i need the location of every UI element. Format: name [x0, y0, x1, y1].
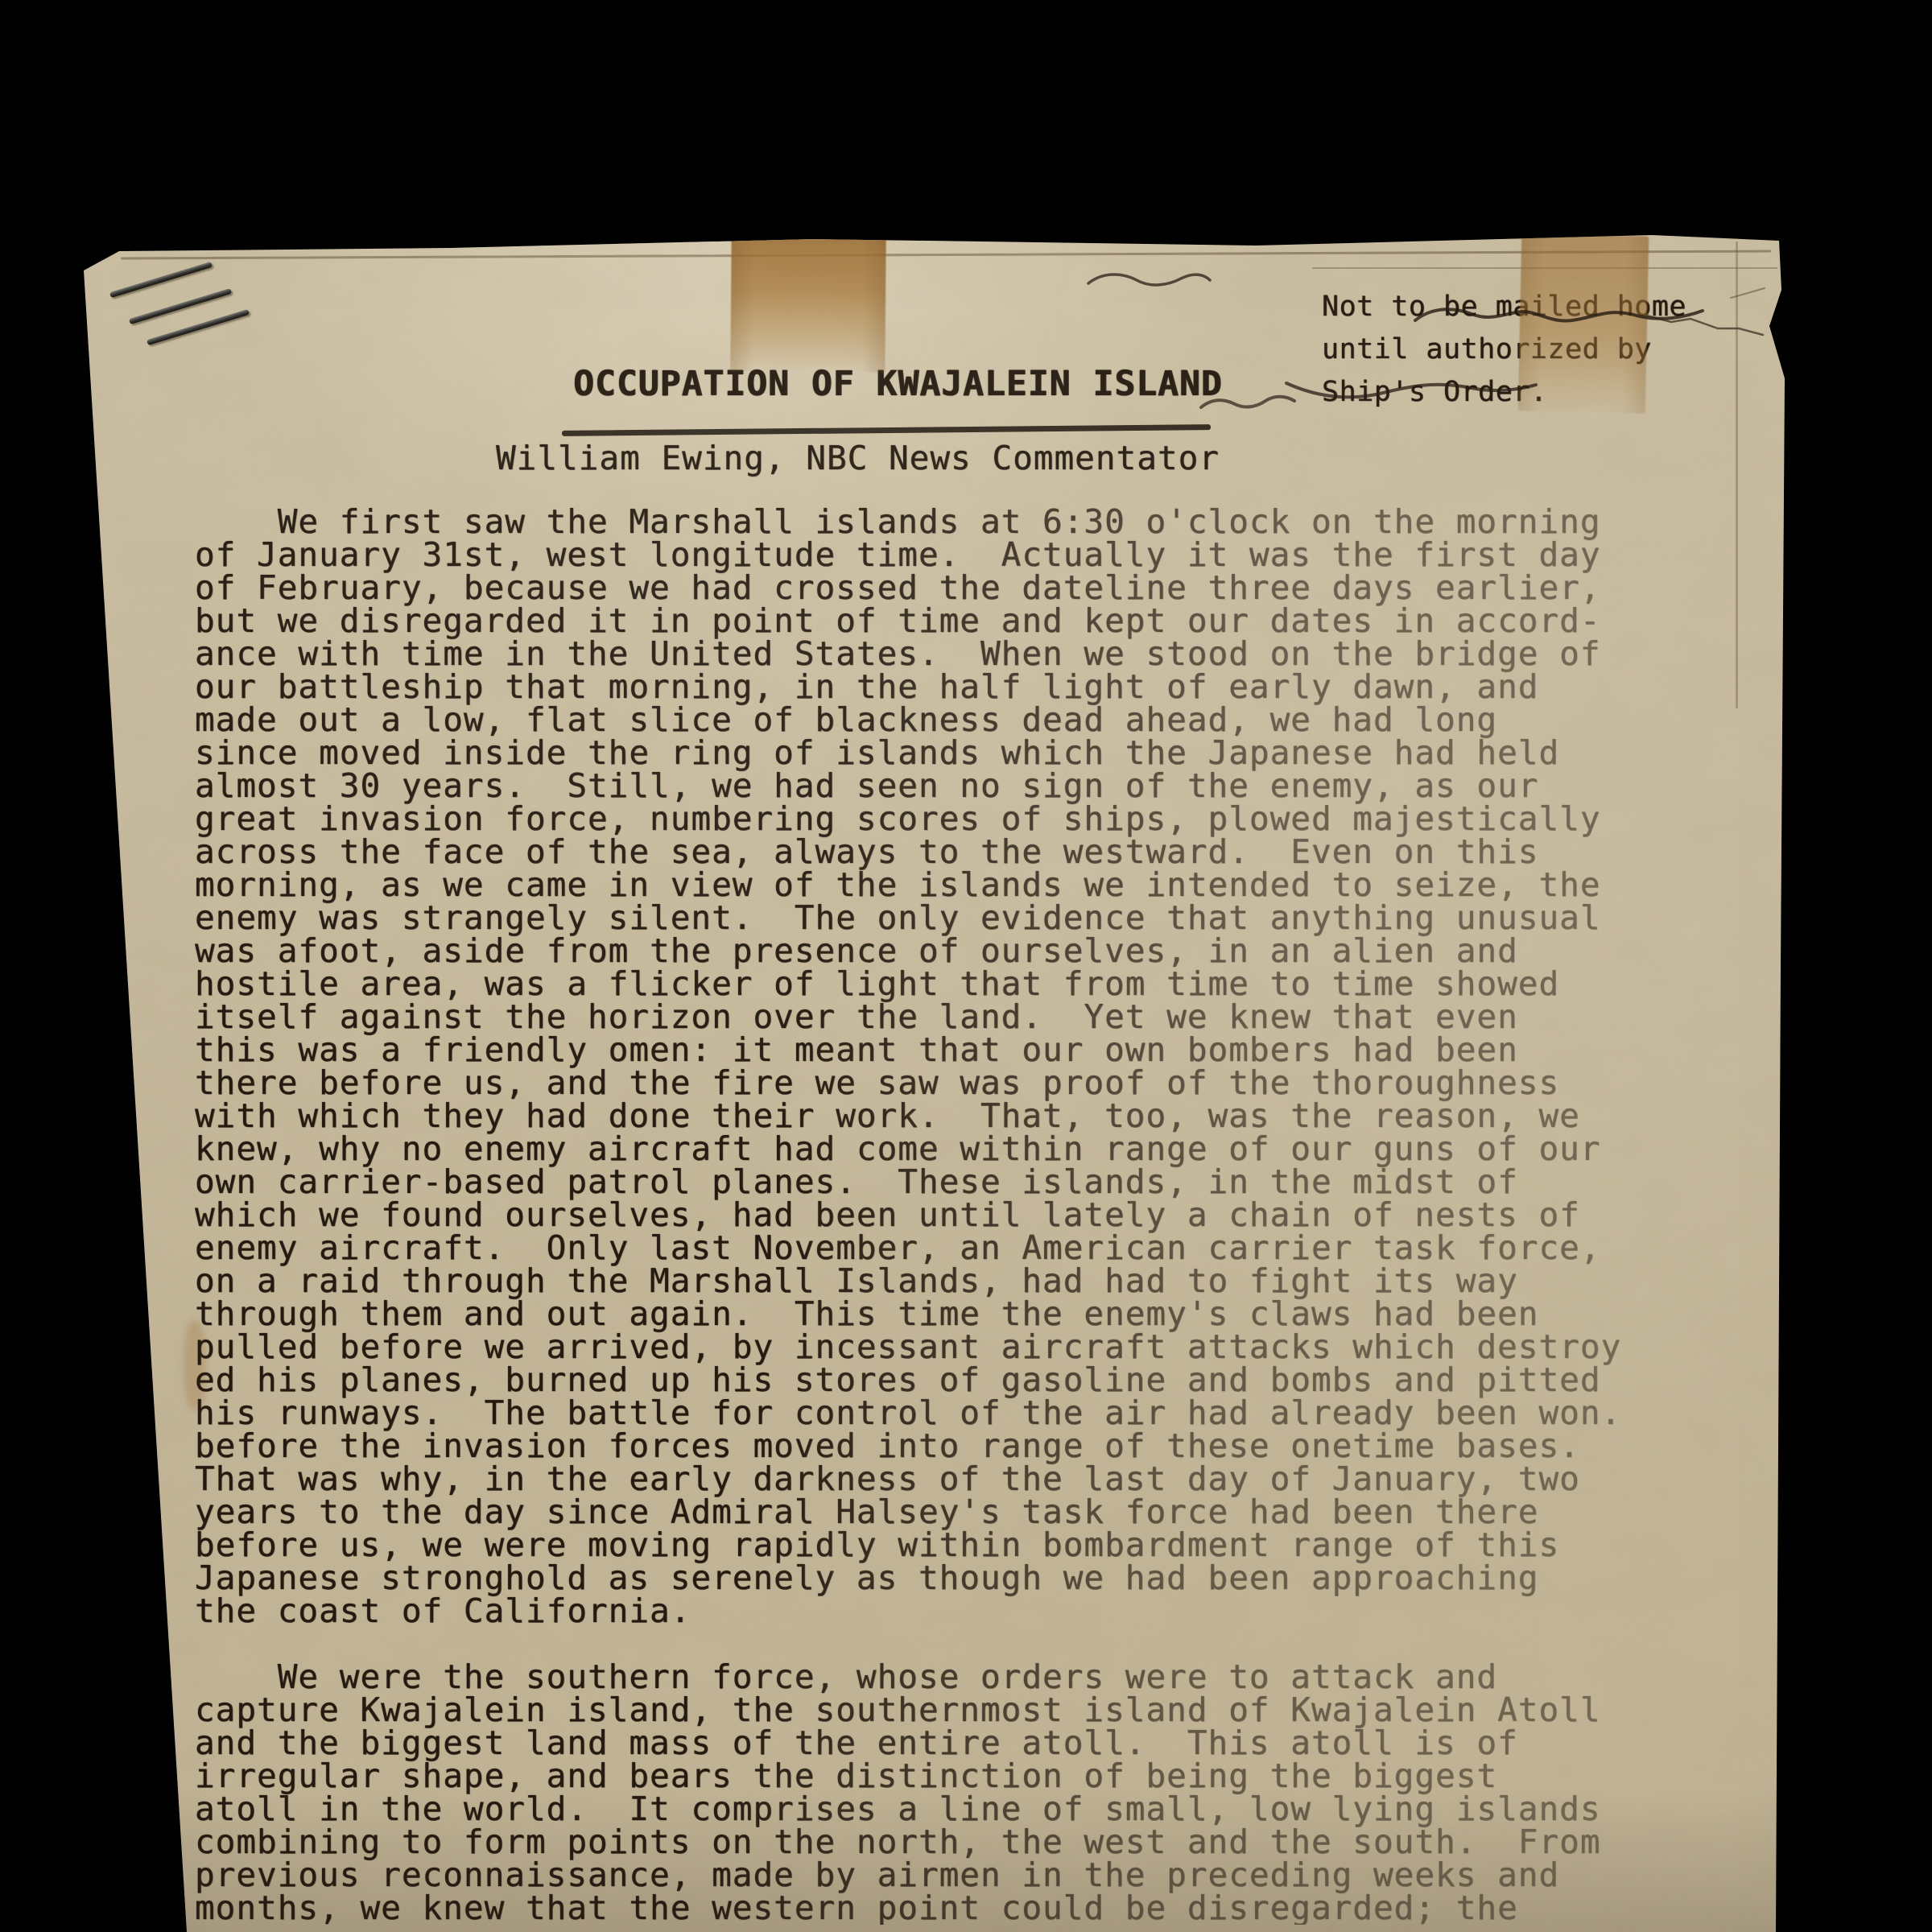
body-line: That was why, in the early darkness of t… [195, 1463, 1621, 1496]
body-line: own carrier-based patrol planes. These i… [195, 1166, 1621, 1199]
body-line: morning, as we came in view of the islan… [195, 869, 1621, 902]
body-line: months, we knew that the western point c… [195, 1892, 1621, 1925]
body-text: We first saw the Marshall islands at 6:3… [195, 506, 1621, 1925]
body-line: knew, why no enemy aircraft had come wit… [195, 1133, 1621, 1166]
body-line: with which they had done their work. Tha… [195, 1100, 1621, 1133]
tape-stain-right [1518, 233, 1649, 413]
body-line: on a raid through the Marshall Islands, … [195, 1265, 1621, 1298]
staple-icon [109, 262, 213, 298]
body-line: ance with time in the United States. Whe… [195, 638, 1621, 671]
body-line: itself against the horizon over the land… [195, 1001, 1621, 1034]
page-title: OCCUPATION OF KWAJALEIN ISLAND [573, 364, 1223, 404]
body-line: this was a friendly omen: it meant that … [195, 1034, 1621, 1067]
body-line: We first saw the Marshall islands at 6:3… [195, 506, 1621, 539]
body-line: was afoot, aside from the presence of ou… [195, 935, 1621, 968]
body-line: of January 31st, west longitude time. Ac… [195, 539, 1621, 572]
body-line: there before us, and the fire we saw was… [195, 1067, 1621, 1100]
page-stack-edge-right [1736, 242, 1738, 708]
body-line: our battleship that morning, in the half… [195, 671, 1621, 704]
byline: William Ewing, NBC News Commentator [496, 440, 1220, 477]
body-line: enemy was strangely silent. The only evi… [195, 902, 1621, 935]
body-line: enemy aircraft. Only last November, an A… [195, 1232, 1621, 1265]
body-line: great invasion force, numbering scores o… [195, 803, 1621, 836]
body-line: before us, we were moving rapidly within… [195, 1529, 1621, 1562]
body-line: previous reconnaissance, made by airmen … [195, 1859, 1621, 1892]
body-line: ed his planes, burned up his stores of g… [195, 1364, 1621, 1397]
body-line: which we found ourselves, had been until… [195, 1199, 1621, 1232]
body-line: made out a low, flat slice of blackness … [195, 704, 1621, 737]
body-line [195, 1628, 1621, 1661]
body-line: the coast of California. [195, 1595, 1621, 1628]
body-line: capture Kwajalein island, the southernmo… [195, 1694, 1621, 1727]
body-line: through them and out again. This time th… [195, 1298, 1621, 1331]
body-line: since moved inside the ring of islands w… [195, 737, 1621, 770]
photo-stage: Not to be mailed home until authorized b… [0, 0, 1932, 1932]
body-line: across the face of the sea, always to th… [195, 836, 1621, 869]
body-line: but we disregarded it in point of time a… [195, 605, 1621, 638]
body-line: before the invasion forces moved into ra… [195, 1430, 1621, 1463]
body-line: and the biggest land mass of the entire … [195, 1727, 1621, 1760]
tape-stain-center [730, 236, 885, 373]
document-page: Not to be mailed home until authorized b… [0, 0, 1932, 1932]
body-line: of February, because we had crossed the … [195, 572, 1621, 605]
body-line: Japanese stronghold as serenely as thoug… [195, 1562, 1621, 1595]
title-underline [562, 424, 1211, 436]
body-line: irregular shape, and bears the distincti… [195, 1760, 1621, 1793]
body-line: pulled before we arrived, by incessant a… [195, 1331, 1621, 1364]
body-line: We were the southern force, whose orders… [195, 1661, 1621, 1694]
body-line: his runways. The battle for control of t… [195, 1397, 1621, 1430]
body-line: hostile area, was a flicker of light tha… [195, 968, 1621, 1001]
body-line: atoll in the world. It comprises a line … [195, 1793, 1621, 1826]
body-line: combining to form points on the north, t… [195, 1826, 1621, 1859]
body-line: years to the day since Admiral Halsey's … [195, 1496, 1621, 1529]
body-line: almost 30 years. Still, we had seen no s… [195, 770, 1621, 803]
